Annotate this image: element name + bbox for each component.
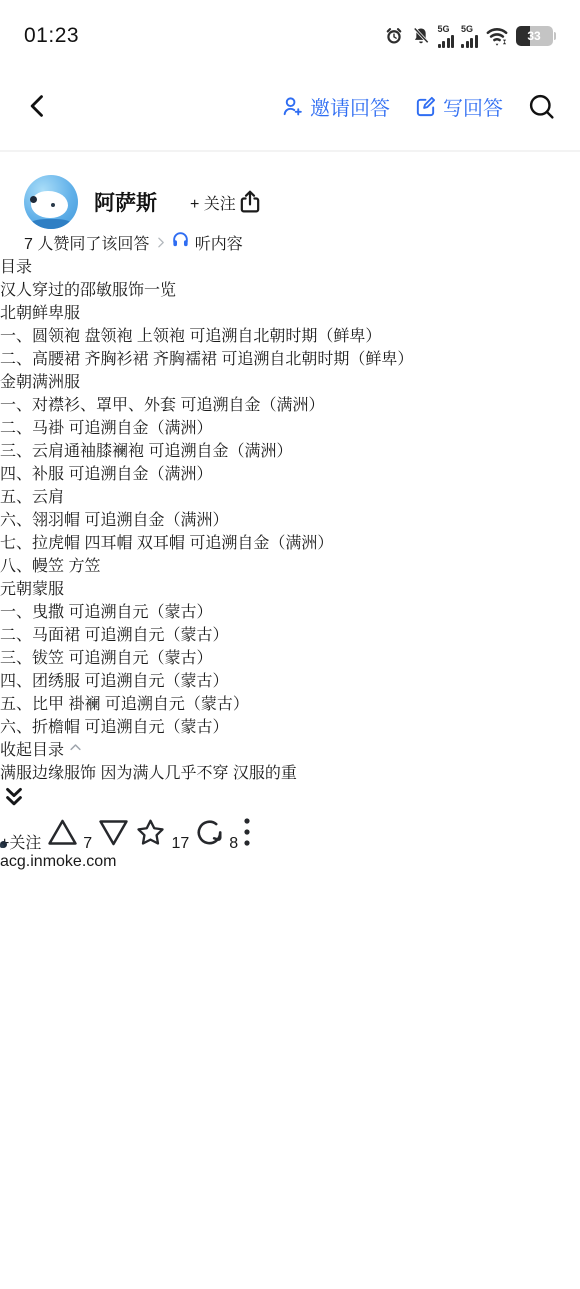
toc-item[interactable]: 元朝蒙服 <box>0 576 580 599</box>
status-bar: 01:23 5G 5G 33 <box>0 0 580 62</box>
toc-item-label: 五、比甲 褂襕 可追溯自元（蒙古） <box>0 696 249 713</box>
battery-icon: 33 <box>516 26 553 46</box>
toc-item-label: 二、高腰裙 齐胸衫裙 齐胸襦裙 可追溯自北朝时期（鲜卑） <box>0 351 413 368</box>
toc-item[interactable]: 二、高腰裙 齐胸衫裙 齐胸襦裙 可追溯自北朝时期（鲜卑） <box>0 346 580 369</box>
toc-item-label: 四、补服 可追溯自金（满洲） <box>0 466 212 483</box>
toc-item-label: 一、圆领袍 盘领袍 上领袍 可追溯自北朝时期（鲜卑） <box>0 328 381 345</box>
toc-item-label: 元朝蒙服 <box>0 581 64 598</box>
toc-item[interactable]: 六、翎羽帽 可追溯自金（满洲） <box>0 507 580 530</box>
upvote-summary-text: 7 人赞同了该回答 <box>24 236 149 253</box>
author-badge-icon[interactable] <box>165 190 190 215</box>
favorite-count: 17 <box>172 835 190 852</box>
toc-item[interactable]: 三、钹笠 可追溯自元（蒙古） <box>0 645 580 668</box>
upvote-button[interactable]: 7 <box>46 835 97 852</box>
double-chevron-down-icon <box>0 783 28 811</box>
invite-answer-button[interactable]: 邀请回答 <box>281 92 390 121</box>
toc-item-label: 金朝满洲服 <box>0 374 80 391</box>
answer-body: 满服边缘服饰 因为满人几乎不穿 汉服的重 <box>0 760 580 783</box>
signal-sim1: 5G <box>438 25 455 48</box>
toc-item[interactable]: 北朝鲜卑服 <box>0 300 580 323</box>
signal-5g-label: 5G <box>461 25 473 34</box>
toc-item-label: 北朝鲜卑服 <box>0 305 80 322</box>
toc-section: 目录 汉人穿过的邵敏服饰一览 北朝鲜卑服 一、圆领袍 盘领袍 上领袍 可追溯自北… <box>0 254 580 760</box>
answer-paragraph: 满服边缘服饰 因为满人几乎不穿 汉服的重 <box>0 760 580 783</box>
invite-answer-label: 邀请回答 <box>310 92 390 121</box>
listen-content-button[interactable]: 听内容 <box>171 236 242 253</box>
toc-item[interactable]: 五、云肩 <box>0 484 580 507</box>
bottom-bar: +关注 7 17 8 <box>0 816 580 853</box>
author-name[interactable]: 阿萨斯 <box>94 187 157 217</box>
action-icons: 7 17 8 <box>46 835 251 852</box>
toc-item[interactable]: 五、比甲 褂襕 可追溯自元（蒙古） <box>0 691 580 714</box>
toc-item-label: 一、对襟衫、罩甲、外套 可追溯自金（满洲） <box>0 397 324 414</box>
answer-page: 01:23 5G 5G 33 <box>0 0 580 1289</box>
signal-5g-label: 5G <box>438 25 450 34</box>
wifi-icon <box>485 25 509 47</box>
toc-item[interactable]: 金朝满洲服 <box>0 369 580 392</box>
listen-content-label: 听内容 <box>195 236 243 253</box>
toc-item-label: 七、拉虎帽 四耳帽 双耳帽 可追溯自金（满洲） <box>0 535 333 552</box>
toc-item[interactable]: 二、马褂 可追溯自金（满洲） <box>0 415 580 438</box>
toc-item[interactable]: 三、云肩通袖膝襕袍 可追溯自金（满洲） <box>0 438 580 461</box>
favorite-button[interactable]: 17 <box>134 835 194 852</box>
answer-header: 阿萨斯 + 关注 7 人赞同了该回答 听内容 <box>0 152 580 254</box>
toc-item[interactable]: 一、圆领袍 盘领袍 上领袍 可追溯自北朝时期（鲜卑） <box>0 323 580 346</box>
upvote-triangle-icon <box>46 817 79 848</box>
toc-item-label: 一、曳撒 可追溯自元（蒙古） <box>0 604 212 621</box>
follow-button[interactable]: + 关注 <box>190 191 236 214</box>
toc-item[interactable]: 二、马面裙 可追溯自元（蒙古） <box>0 622 580 645</box>
nav-bar: 邀请回答 写回答 <box>0 62 580 152</box>
toc-item[interactable]: 四、团绣服 可追溯自元（蒙古） <box>0 668 580 691</box>
toc-item[interactable]: 一、曳撒 可追溯自元（蒙古） <box>0 599 580 622</box>
watermark: acg.inmoke.com <box>0 853 580 871</box>
toc-item-label: 六、翎羽帽 可追溯自金（满洲） <box>0 512 228 529</box>
toc-item-label: 三、云肩通袖膝襕袍 可追溯自金（满洲） <box>0 443 292 460</box>
edit-icon <box>414 95 437 118</box>
star-icon <box>134 817 167 848</box>
toc-list: 汉人穿过的邵敏服饰一览 北朝鲜卑服 一、圆领袍 盘领袍 上领袍 可追溯自北朝时期… <box>0 277 580 737</box>
write-answer-label: 写回答 <box>443 92 503 121</box>
collapse-toc-button[interactable]: 收起目录 <box>0 737 580 760</box>
signal-sim2: 5G <box>461 25 478 48</box>
chevron-right-icon <box>154 236 167 249</box>
downvote-button[interactable] <box>97 835 134 852</box>
toc-item[interactable]: 六、折檐帽 可追溯自元（蒙古） <box>0 714 580 737</box>
upvote-summary-link[interactable]: 7 人赞同了该回答 <box>24 236 171 253</box>
headphones-icon <box>171 230 190 249</box>
author-row: 阿萨斯 + 关注 <box>24 174 556 230</box>
toc-item[interactable]: 一、对襟衫、罩甲、外套 可追溯自金（满洲） <box>0 392 580 415</box>
person-add-icon <box>281 95 304 118</box>
upvote-count: 7 <box>83 835 92 852</box>
kebab-menu-icon <box>243 816 251 848</box>
toc-item-label: 五、云肩 <box>0 489 64 506</box>
share-button[interactable] <box>236 188 264 216</box>
battery-percent: 33 <box>516 26 553 46</box>
toc-title: 目录 <box>0 254 580 277</box>
downvote-triangle-icon <box>97 817 130 848</box>
toc-item[interactable]: 七、拉虎帽 四耳帽 双耳帽 可追溯自金（满洲） <box>0 530 580 553</box>
chevron-up-icon <box>68 740 83 755</box>
toc-item-label: 二、马面裙 可追溯自元（蒙古） <box>0 627 228 644</box>
toc-item-label: 六、折檐帽 可追溯自元（蒙古） <box>0 719 228 736</box>
comment-button[interactable]: 8 <box>194 835 243 852</box>
collapse-toc-label: 收起目录 <box>0 742 64 759</box>
mute-bell-icon <box>411 26 431 46</box>
battery-indicator: 33 <box>516 26 557 46</box>
alarm-icon <box>384 26 404 46</box>
comment-count: 8 <box>229 835 238 852</box>
toc-item[interactable]: 八、幔笠 方笠 <box>0 553 580 576</box>
back-button[interactable] <box>24 92 52 120</box>
author-avatar[interactable] <box>24 175 78 229</box>
toc-item[interactable]: 汉人穿过的邵敏服饰一览 <box>0 277 580 300</box>
toc-item[interactable]: 四、补服 可追溯自金（满洲） <box>0 461 580 484</box>
signal-bars-icon <box>461 35 478 48</box>
search-button[interactable] <box>527 92 556 121</box>
meta-row: 7 人赞同了该回答 听内容 <box>24 230 556 254</box>
scroll-down-fab[interactable] <box>0 783 580 816</box>
toc-item-label: 汉人穿过的邵敏服饰一览 <box>0 282 176 299</box>
toc-item-label: 八、幔笠 方笠 <box>0 558 100 575</box>
toc-item-label: 二、马褂 可追溯自金（满洲） <box>0 420 212 437</box>
signal-bars-icon <box>438 35 455 48</box>
toc-item-label: 四、团绣服 可追溯自元（蒙古） <box>0 673 228 690</box>
status-icons: 5G 5G 33 <box>384 25 557 48</box>
clock-time: 01:23 <box>24 24 79 48</box>
toc-item-label: 三、钹笠 可追溯自元（蒙古） <box>0 650 212 667</box>
more-options-button[interactable] <box>243 835 251 852</box>
comment-bubble-icon <box>194 817 225 848</box>
write-answer-button[interactable]: 写回答 <box>414 92 503 121</box>
